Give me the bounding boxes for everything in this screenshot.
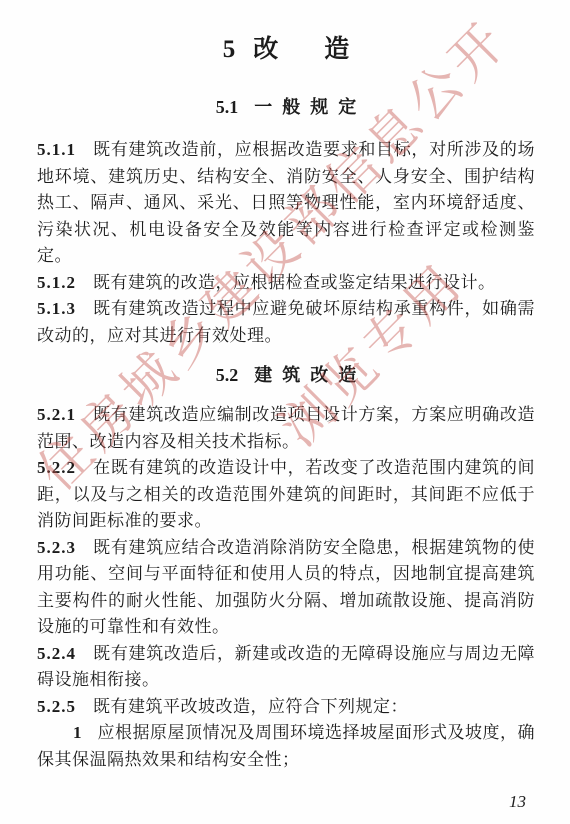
section-number: 5.2 <box>216 365 239 385</box>
chapter-word-2: 造 <box>324 36 349 63</box>
clause-text: 既有建筑改造过程中应避免破坏原结构承重构件，如确需改动的，应对其进行有效处理。 <box>37 299 535 345</box>
clause-text: 既有建筑改造前，应根据改造要求和目标，对所涉及的场地环境、建筑历史、结构安全、消… <box>37 140 535 265</box>
section-heading-5-2: 5.2建筑改造 <box>37 362 535 388</box>
clause-text: 在既有建筑的改造设计中，若改变了改造范围内建筑的间距，以及与之相关的改造范围外建… <box>37 458 535 530</box>
chapter-word-1: 改 <box>253 36 278 63</box>
clause-5-2-2: 5.2.2在既有建筑的改造设计中，若改变了改造范围内建筑的间距，以及与之相关的改… <box>37 455 535 535</box>
page-content: 5改造 5.1一般规定 5.1.1既有建筑改造前，应根据改造要求和目标，对所涉及… <box>37 0 535 773</box>
clause-text: 既有建筑平改坡改造，应符合下列规定： <box>93 697 408 716</box>
clause-number: 5.2.5 <box>37 697 76 716</box>
clause-5-1-3: 5.1.3既有建筑改造过程中应避免破坏原结构承重构件，如确需改动的，应对其进行有… <box>37 296 535 349</box>
clause-number: 5.2.3 <box>37 538 76 557</box>
item-number: 1 <box>73 723 83 742</box>
clause-number: 5.1.3 <box>37 299 76 318</box>
clause-text: 既有建筑应结合改造消除消防安全隐患，根据建筑物的使用功能、空间与平面特征和使用人… <box>37 538 535 637</box>
section-title: 建筑改造 <box>254 365 366 385</box>
clause-text: 既有建筑改造应编制改造项目设计方案，方案应明确改造范围、改造内容及相关技术指标。 <box>37 405 535 451</box>
section-number: 5.1 <box>216 97 239 117</box>
clause-number: 5.2.2 <box>37 458 76 477</box>
section-heading-5-1: 5.1一般规定 <box>37 94 535 120</box>
section-title: 一般规定 <box>254 97 366 117</box>
clause-number: 5.1.2 <box>37 273 76 292</box>
clause-5-1-2: 5.1.2既有建筑的改造，应根据检查或鉴定结果进行设计。 <box>37 270 535 297</box>
chapter-title: 5改造 <box>37 34 535 66</box>
clause-5-2-4: 5.2.4既有建筑改造后，新建或改造的无障碍设施应与周边无障碍设施相衔接。 <box>37 641 535 694</box>
item-text: 应根据原屋顶情况及周围环境选择坡屋面形式及坡度，确保其保温隔热效果和结构安全性； <box>37 723 535 769</box>
clause-text: 既有建筑的改造，应根据检查或鉴定结果进行设计。 <box>93 273 496 292</box>
clause-number: 5.1.1 <box>37 140 76 159</box>
clause-5-2-1: 5.2.1既有建筑改造应编制改造项目设计方案，方案应明确改造范围、改造内容及相关… <box>37 402 535 455</box>
clause-number: 5.2.4 <box>37 644 76 663</box>
clause-number: 5.2.1 <box>37 405 76 424</box>
page-number: 13 <box>509 792 526 812</box>
document-page: 住房城乡建设部信息公开 浏览专用 5改造 5.1一般规定 5.1.1既有建筑改造… <box>0 0 570 824</box>
chapter-number: 5 <box>223 36 236 63</box>
clause-5-2-5: 5.2.5既有建筑平改坡改造，应符合下列规定： <box>37 694 535 721</box>
clause-5-2-5-item-1: 1应根据原屋顶情况及周围环境选择坡屋面形式及坡度，确保其保温隔热效果和结构安全性… <box>37 720 535 773</box>
clause-text: 既有建筑改造后，新建或改造的无障碍设施应与周边无障碍设施相衔接。 <box>37 644 535 690</box>
clause-5-2-3: 5.2.3既有建筑应结合改造消除消防安全隐患，根据建筑物的使用功能、空间与平面特… <box>37 535 535 641</box>
clause-5-1-1: 5.1.1既有建筑改造前，应根据改造要求和目标，对所涉及的场地环境、建筑历史、结… <box>37 137 535 270</box>
